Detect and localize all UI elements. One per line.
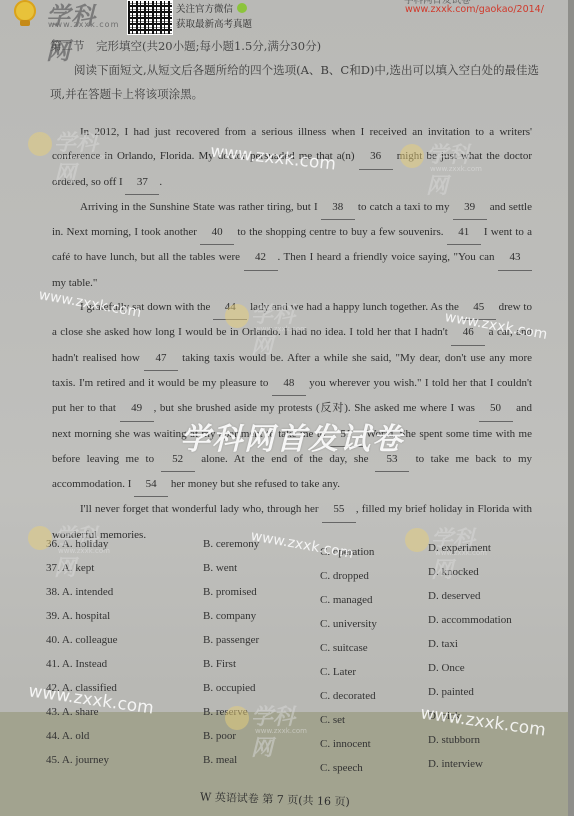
passage-text: to the shopping centre to buy a few souv… bbox=[234, 226, 447, 238]
option-a: 41. A. Instead bbox=[46, 658, 107, 670]
options-list: 36. A. holidayB. ceremonyC. operationD. … bbox=[46, 538, 546, 778]
option-c: C. managed bbox=[320, 594, 373, 606]
option-c: C. university bbox=[320, 618, 377, 630]
blank-38: 38 bbox=[321, 195, 355, 220]
option-c: C. dropped bbox=[320, 570, 369, 582]
option-row: 38. A. intendedB. promisedC. managedD. d… bbox=[46, 586, 546, 610]
option-c: C. decorated bbox=[320, 690, 376, 702]
passage-text: I gratefully sat down with the bbox=[80, 301, 213, 313]
option-a: 36. A. holiday bbox=[46, 538, 108, 550]
blank-46: 46 bbox=[451, 320, 485, 345]
option-row: 45. A. journeyB. mealC. speechD. intervi… bbox=[46, 754, 546, 778]
option-c: C. innocent bbox=[320, 738, 371, 750]
brand-name: 学科网 bbox=[46, 0, 118, 66]
section-title: 第二节 完形填空(共20小题;每小题1.5分,满分30分) bbox=[50, 38, 321, 54]
option-d: D. pick bbox=[428, 710, 460, 722]
exam-page: 学科网 www.zxxk.com 关注官方微信 获取最新高考真题 学科网首发试卷… bbox=[0, 0, 574, 816]
passage-text: her money but she refused to take any. bbox=[168, 478, 340, 490]
option-d: D. accommodation bbox=[428, 614, 512, 626]
blank-53: 53 bbox=[375, 447, 409, 472]
option-a: 37. A. kept bbox=[46, 562, 94, 574]
blank-49: 49 bbox=[120, 396, 154, 421]
blank-50: 50 bbox=[479, 396, 513, 421]
passage-text: , but she brushed aside my protests (反对)… bbox=[154, 402, 479, 414]
blank-48: 48 bbox=[272, 371, 306, 396]
option-d: D. painted bbox=[428, 686, 474, 698]
blank-45: 45 bbox=[462, 295, 496, 320]
passage-text: to catch a taxi to my bbox=[355, 201, 453, 213]
blank-51: 51 bbox=[329, 422, 363, 447]
blank-47: 47 bbox=[144, 346, 178, 371]
wechat-line1: 关注官方微信 bbox=[176, 4, 233, 15]
option-b: B. reserve bbox=[203, 706, 248, 718]
passage-text: . Then I heard a friendly voice saying, … bbox=[278, 251, 498, 263]
option-row: 36. A. holidayB. ceremonyC. operationD. … bbox=[46, 538, 546, 562]
wechat-line2: 获取最新高考真题 bbox=[176, 17, 252, 32]
option-b: B. company bbox=[203, 610, 256, 622]
option-d: D. experiment bbox=[428, 542, 491, 554]
passage-text: lady and we had a happy lunch together. … bbox=[247, 301, 461, 313]
option-b: B. went bbox=[203, 562, 237, 574]
option-b: B. meal bbox=[203, 754, 237, 766]
blank-54: 54 bbox=[134, 472, 168, 497]
blank-52: 52 bbox=[161, 447, 195, 472]
blank-44: 44 bbox=[213, 295, 247, 320]
blank-39: 39 bbox=[453, 195, 487, 220]
option-b: B. promised bbox=[203, 586, 257, 598]
option-row: 39. A. hospitalB. companyC. universityD.… bbox=[46, 610, 546, 634]
passage-text: my table." bbox=[52, 277, 97, 289]
option-c: C. Later bbox=[320, 666, 356, 678]
option-a: 42. A. classified bbox=[46, 682, 117, 694]
option-d: D. taxi bbox=[428, 638, 458, 650]
smiley-icon bbox=[237, 3, 247, 13]
option-c: C. set bbox=[320, 714, 345, 726]
blank-37: 37 bbox=[125, 170, 159, 195]
site-logo[interactable]: 学科网 www.zxxk.com bbox=[8, 0, 118, 30]
passage-text: alone. At the end of the day, she bbox=[195, 453, 375, 465]
option-b: B. poor bbox=[203, 730, 236, 742]
option-row: 43. A. shareB. reserveC. setD. pick bbox=[46, 706, 546, 730]
passage-text: . bbox=[159, 176, 162, 188]
passage-text: I'll never forget that wonderful lady wh… bbox=[80, 503, 322, 515]
option-c: C. suitcase bbox=[320, 642, 368, 654]
passage-paragraph: Arriving in the Sunshine State was rathe… bbox=[52, 195, 532, 295]
section-instructions: 阅读下面短文,从短文后各题所给的四个选项(A、B、C和D)中,选出可以填入空白处… bbox=[50, 58, 540, 106]
passage-text: Arriving in the Sunshine State was rathe… bbox=[80, 201, 321, 213]
option-a: 39. A. hospital bbox=[46, 610, 110, 622]
blank-40: 40 bbox=[200, 220, 234, 245]
option-row: 37. A. keptB. wentC. droppedD. knocked bbox=[46, 562, 546, 586]
blank-55: 55 bbox=[322, 497, 356, 522]
passage-paragraph: I gratefully sat down with the 44 lady a… bbox=[52, 295, 532, 497]
option-row: 41. A. InsteadB. FirstC. LaterD. Once bbox=[46, 658, 546, 682]
blank-43: 43 bbox=[498, 245, 532, 270]
option-d: D. deserved bbox=[428, 590, 481, 602]
qr-code-icon bbox=[127, 0, 173, 35]
passage-paragraph: In 2012, I had just recovered from a ser… bbox=[52, 120, 532, 195]
option-a: 45. A. journey bbox=[46, 754, 109, 766]
blank-41: 41 bbox=[447, 220, 481, 245]
page-edge bbox=[568, 0, 574, 816]
cloze-passage: In 2012, I had just recovered from a ser… bbox=[52, 120, 532, 547]
option-a: 38. A. intended bbox=[46, 586, 113, 598]
option-c: C. speech bbox=[320, 762, 363, 774]
mascot-icon bbox=[14, 0, 36, 22]
option-a: 40. A. colleague bbox=[46, 634, 117, 646]
blank-36: 36 bbox=[359, 144, 393, 169]
option-b: B. ceremony bbox=[203, 538, 259, 550]
header-link[interactable]: www.zxxk.com/gaokao/2014/ bbox=[405, 4, 544, 15]
option-row: 42. A. classifiedB. occupiedC. decorated… bbox=[46, 682, 546, 706]
blank-42: 42 bbox=[244, 245, 278, 270]
option-d: D. Once bbox=[428, 662, 465, 674]
brand-url: www.zxxk.com bbox=[48, 20, 119, 29]
option-d: D. interview bbox=[428, 758, 483, 770]
option-a: 43. A. share bbox=[46, 706, 99, 718]
option-a: 44. A. old bbox=[46, 730, 89, 742]
option-d: D. stubborn bbox=[428, 734, 480, 746]
option-d: D. knocked bbox=[428, 566, 479, 578]
option-b: B. passenger bbox=[203, 634, 259, 646]
option-row: 40. A. colleagueB. passengerC. suitcaseD… bbox=[46, 634, 546, 658]
option-b: B. occupied bbox=[203, 682, 256, 694]
wechat-promo: 关注官方微信 获取最新高考真题 bbox=[176, 2, 252, 32]
option-b: B. First bbox=[203, 658, 236, 670]
option-c: C. operation bbox=[320, 546, 374, 558]
option-row: 44. A. oldB. poorC. innocentD. stubborn bbox=[46, 730, 546, 754]
